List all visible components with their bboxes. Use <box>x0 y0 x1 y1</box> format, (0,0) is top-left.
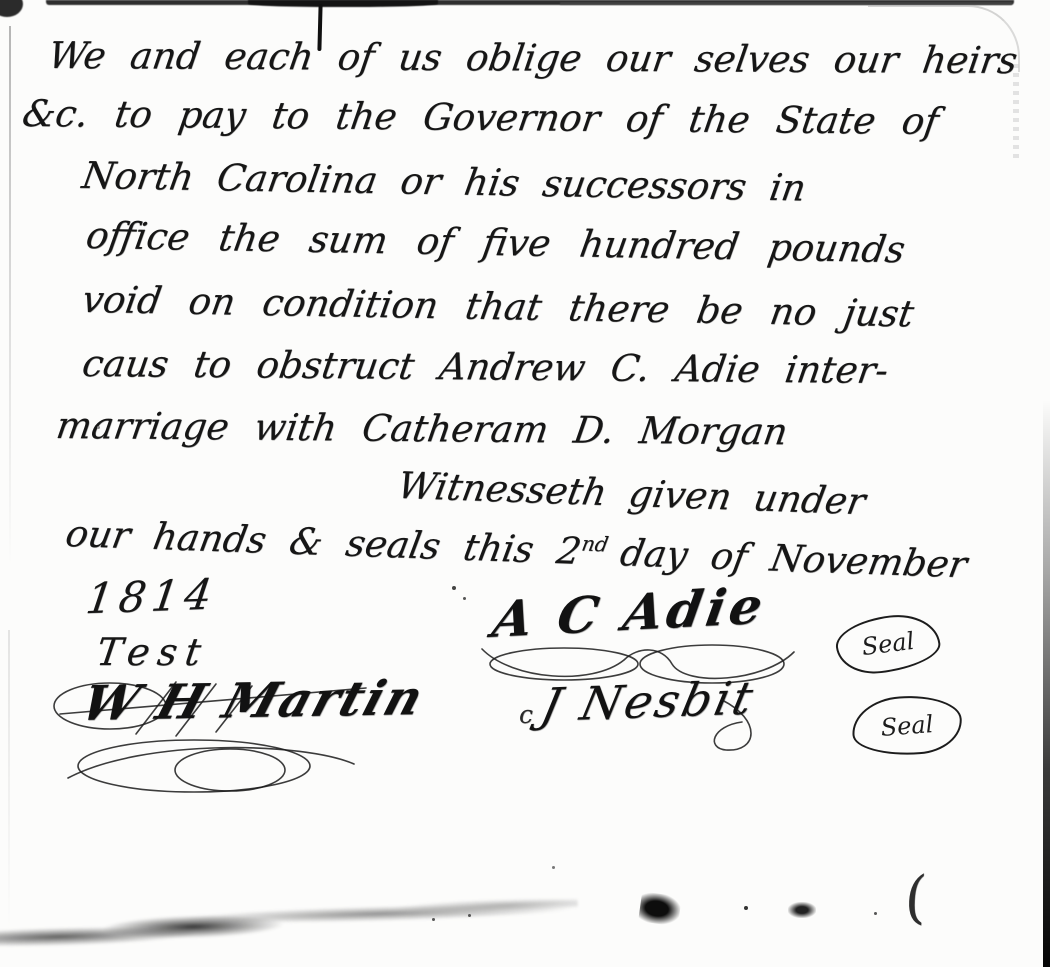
paren-mark: ( <box>900 865 931 932</box>
document-line-7: marriage with Catheram D. Morgan <box>54 404 791 453</box>
document-line-1: We and each of us oblige our selves our … <box>46 34 1020 82</box>
scanned-document-page: We and each of us oblige our selves our … <box>0 0 1050 967</box>
bottom-smudge <box>0 884 579 953</box>
document-line-3: North Carolina or his successors in <box>79 154 809 210</box>
ink-speck <box>874 912 877 915</box>
document-line-2: &c. to pay to the Governor of the State … <box>20 92 942 143</box>
document-year: 1814 <box>83 569 221 623</box>
corner-blob <box>0 0 23 17</box>
line-9-end: day of November <box>617 531 970 586</box>
ink-speck <box>463 597 466 600</box>
stray-c-mark: c <box>519 700 533 729</box>
ink-speck <box>452 586 456 590</box>
signature-witness: W H Martin <box>75 670 432 732</box>
seal-1-label: Seal <box>860 627 916 661</box>
document-line-8: Witnesseth given under <box>394 464 868 523</box>
ink-blot-2 <box>788 902 816 918</box>
left-crease <box>9 26 11 566</box>
document-line-6: caus to obstruct Andrew C. Adie inter- <box>80 342 892 392</box>
ink-speck <box>552 866 555 869</box>
signature-witness-flourish <box>62 726 362 806</box>
ink-blot-1 <box>638 891 682 926</box>
line-9-start: our hands & seals this 2 <box>62 512 584 573</box>
scan-right-strip <box>1043 400 1050 967</box>
seal-scribble-1: Seal <box>833 610 943 678</box>
ink-speck <box>468 914 471 917</box>
seal-2-label: Seal <box>880 710 934 742</box>
paper-top-edge-thick <box>248 0 438 7</box>
seal-scribble-2: Seal <box>850 692 964 759</box>
ink-speck <box>744 906 748 910</box>
document-line-5: void on condition that there be no just <box>79 278 917 335</box>
ink-speck <box>97 426 100 429</box>
ink-speck <box>432 918 435 921</box>
ordinal-suffix: nd <box>580 532 610 557</box>
left-crease-lower <box>8 630 10 930</box>
document-line-4: office the sum of five hundred pounds <box>83 214 908 271</box>
signature-surety-tail <box>700 692 780 762</box>
